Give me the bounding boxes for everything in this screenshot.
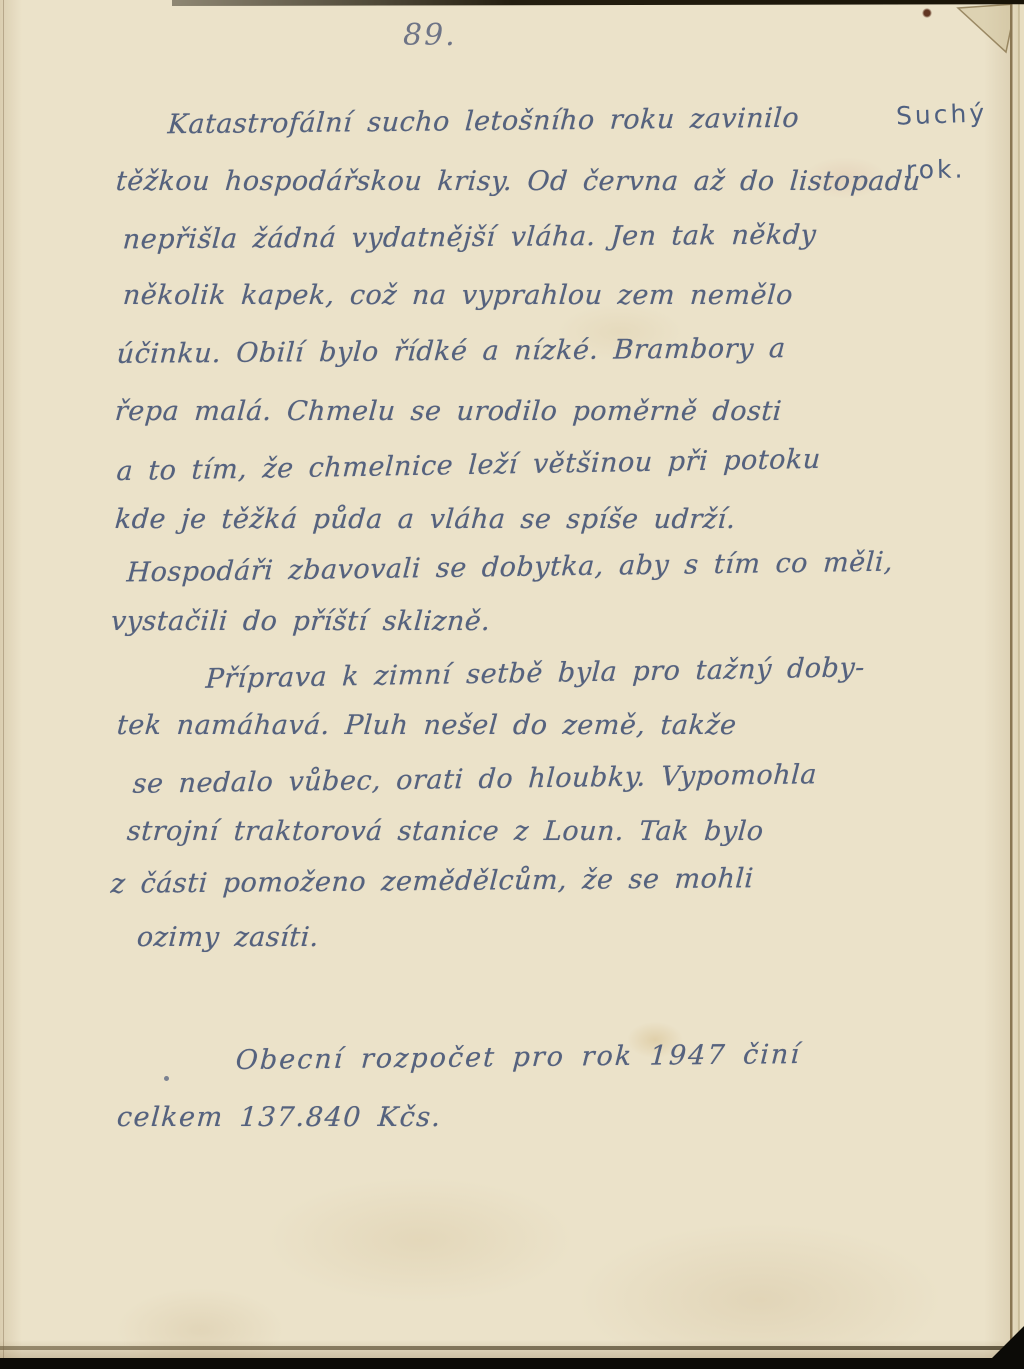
handwritten-line: ozimy zasíti.	[136, 922, 320, 953]
stray-ink-dot	[164, 1076, 169, 1081]
handwritten-line: vystačili do příští sklizně.	[110, 606, 492, 637]
scanned-chronicle-page: 89. Katastrofální sucho letošního roku z…	[0, 0, 1024, 1369]
handwritten-line: nepřišla žádná vydatnější vláha. Jen tak…	[122, 220, 817, 256]
handwritten-line: kde je těžká půda a vláha se spíše udrží…	[114, 504, 737, 535]
margin-note-title: rok.	[906, 154, 966, 184]
folded-corner-mark	[0, 0, 1014, 80]
handwritten-line: těžkou hospodářskou krisy. Od června až …	[115, 166, 922, 197]
page-bottom-edge	[0, 1346, 1014, 1350]
handwritten-line: strojní traktorová stanice z Loun. Tak b…	[126, 816, 765, 847]
handwritten-line: řepa malá. Chmelu se urodilo poměrně dos…	[114, 396, 783, 427]
handwritten-line: Obecní rozpočet pro rok 1947 činí	[235, 1039, 802, 1076]
handwritten-line: z části pomoženo zemědělcům, že se mohli	[110, 863, 755, 900]
binding-seam	[3, 0, 4, 1358]
handwritten-line: Příprava k zimní setbě byla pro tažný do…	[205, 652, 866, 694]
underlying-page-edge	[1010, 0, 1024, 1358]
handwritten-line: se nedalo vůbec, orati do hloubky. Vypom…	[132, 759, 818, 800]
scanner-corner	[984, 1324, 1024, 1369]
handwritten-line: a to tím, že chmelnice leží většinou při…	[116, 444, 822, 487]
margin-note-title: Suchý	[896, 98, 988, 130]
handwritten-line: Hospodáři zbavovali se dobytka, aby s tí…	[126, 547, 894, 589]
paper-sheet: 89. Katastrofální sucho letošního roku z…	[0, 0, 1014, 1358]
handwritten-line: Katastrofální sucho letošního roku zavin…	[167, 103, 800, 141]
handwritten-line: účinku. Obilí bylo řídké a nízké. Brambo…	[116, 333, 787, 370]
handwritten-line: celkem 137.840 Kčs.	[116, 1102, 443, 1133]
handwritten-line: tek namáhavá. Pluh nešel do země, takže	[116, 710, 738, 741]
handwritten-line: několik kapek, což na vyprahlou zem nemě…	[122, 280, 794, 311]
